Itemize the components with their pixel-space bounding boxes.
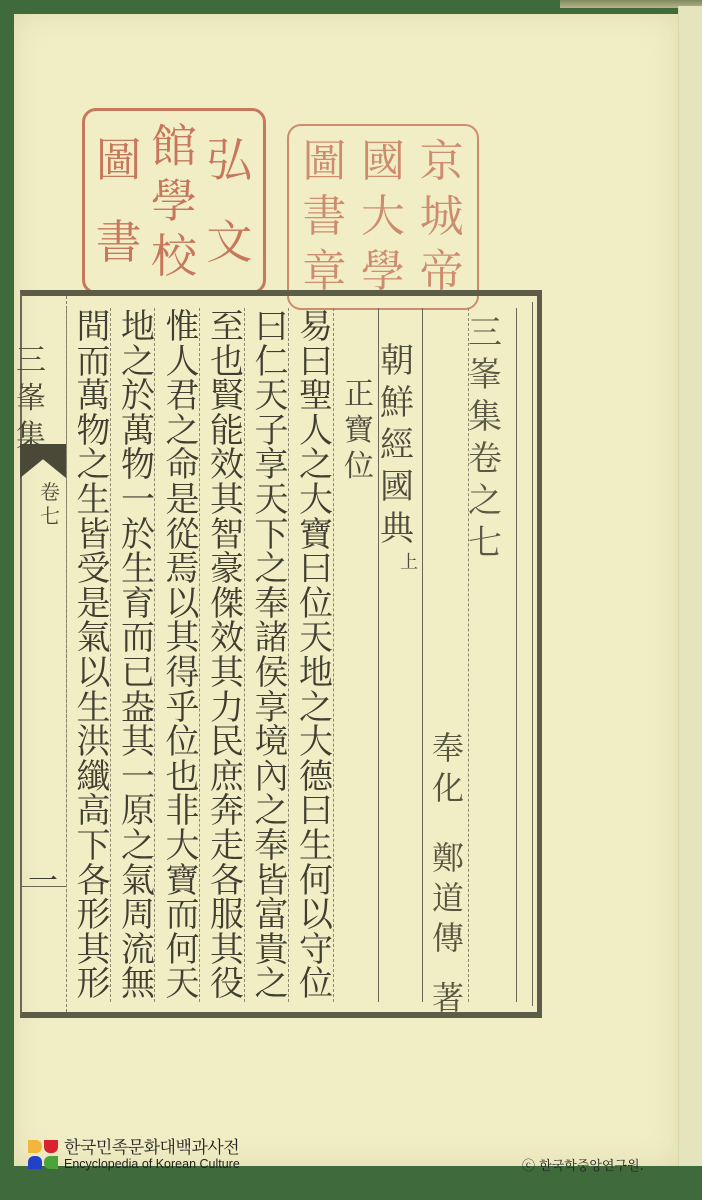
- char: 大: [299, 483, 333, 518]
- char: 以: [299, 898, 333, 933]
- char: 其: [210, 933, 244, 968]
- column-rule: [378, 308, 379, 1002]
- char: 走: [210, 829, 244, 864]
- char: 何: [299, 864, 333, 899]
- char: 鮮: [380, 386, 414, 428]
- char: 大: [299, 725, 333, 760]
- volume-part-marker: 上: [400, 554, 418, 576]
- char: 纖: [77, 760, 111, 795]
- char: 傑: [210, 587, 244, 622]
- char: 之: [121, 829, 155, 864]
- library-seal-left: 弘文館學校圖書: [82, 108, 266, 294]
- char: 無: [121, 967, 155, 1002]
- char: 仁: [255, 345, 289, 380]
- char: 侯: [255, 656, 289, 691]
- char: 境: [255, 725, 289, 760]
- fold-margin-title: 三 峯 集: [16, 346, 46, 460]
- char: 君: [166, 379, 200, 414]
- char: 之: [121, 345, 155, 380]
- char: 流: [121, 933, 155, 968]
- char: 大: [166, 829, 200, 864]
- char: 天: [255, 483, 289, 518]
- char: 子: [255, 414, 289, 449]
- char: 高: [77, 794, 111, 829]
- char: 天: [299, 621, 333, 656]
- logo-korean-text: 한국민족문화대백과사전: [64, 1140, 240, 1158]
- char: 也: [210, 345, 244, 380]
- text-column: 至也賢能效其智豪傑效其力民庶奔走各服其役: [205, 310, 249, 1002]
- char: 於: [121, 518, 155, 553]
- char: 曰: [255, 310, 289, 345]
- column-rule: [66, 308, 67, 1002]
- char: 之: [255, 552, 289, 587]
- char: 傳: [432, 922, 464, 962]
- char: 之: [299, 448, 333, 483]
- seal-char: 書: [302, 195, 346, 239]
- text-column: 曰仁天子享天下之奉諸侯享境內之奉皆富貴之: [250, 310, 294, 1002]
- char: 皆: [77, 518, 111, 553]
- book-title-column: 朝鮮經國典上: [380, 344, 414, 576]
- char: 曰: [299, 345, 333, 380]
- column-rule: [516, 308, 517, 1002]
- char: 之: [299, 691, 333, 726]
- char: 至: [210, 310, 244, 345]
- seal-char: 學: [151, 178, 197, 224]
- char: 而: [121, 621, 155, 656]
- text-column: 惟人君之命是從焉以其得乎位也非大寶而何天: [161, 310, 205, 1002]
- text-column: 地之於萬物一於生育而已盎其一原之氣周流無: [116, 310, 160, 1002]
- char: 正: [344, 380, 374, 416]
- char: 而: [166, 898, 200, 933]
- char: 峯: [468, 358, 502, 400]
- seal-column: 館學校: [151, 119, 197, 283]
- char: 非: [166, 794, 200, 829]
- author-column: 奉化鄭道傳著: [432, 732, 464, 1022]
- library-seal-right: 京城帝國大學圖書章: [287, 124, 479, 310]
- column-rule: [422, 308, 423, 1002]
- char: 原: [121, 794, 155, 829]
- char: 下: [255, 518, 289, 553]
- char: 何: [166, 933, 200, 968]
- page-number: 一: [28, 856, 58, 900]
- char: 人: [299, 414, 333, 449]
- char: 氣: [121, 864, 155, 899]
- char: 智: [210, 518, 244, 553]
- char: 位: [344, 452, 374, 488]
- char: 七: [40, 506, 60, 530]
- char: 之: [468, 484, 502, 526]
- char: 集: [468, 400, 502, 442]
- char: 其: [121, 725, 155, 760]
- char: 氣: [77, 621, 111, 656]
- text-column: 間而萬物之生皆受是氣以生洪纖高下各形其形: [72, 310, 116, 1002]
- char: 貴: [255, 933, 289, 968]
- char: 著: [432, 982, 464, 1022]
- char: 寶: [299, 518, 333, 553]
- char: 奉: [432, 732, 464, 772]
- copyright-notice: ⓒ 한국학중앙연구원.: [522, 1155, 644, 1174]
- char: 生: [77, 483, 111, 518]
- seal-column: 京城帝: [420, 134, 464, 300]
- char: 物: [77, 414, 111, 449]
- char: 也: [166, 760, 200, 795]
- char: 其: [210, 656, 244, 691]
- char: 豪: [210, 552, 244, 587]
- char: 命: [166, 448, 200, 483]
- char: 一: [121, 483, 155, 518]
- char: 守: [299, 933, 333, 968]
- fold-margin-volume: 卷 七: [40, 482, 60, 530]
- char: 周: [121, 898, 155, 933]
- seal-char: 帝: [420, 250, 464, 294]
- logo-english-text: Encyclopedia of Korean Culture: [64, 1158, 240, 1171]
- char: 諸: [255, 621, 289, 656]
- char: 三: [16, 346, 46, 384]
- char: 享: [255, 448, 289, 483]
- char: 位: [166, 725, 200, 760]
- char: 奉: [255, 829, 289, 864]
- char: 間: [77, 310, 111, 345]
- char: 盎: [121, 691, 155, 726]
- char: 育: [121, 587, 155, 622]
- char: 之: [166, 414, 200, 449]
- char: 受: [77, 552, 111, 587]
- char: 奔: [210, 794, 244, 829]
- seal-column: 圖書: [96, 119, 142, 283]
- char: 是: [77, 587, 111, 622]
- page-edge: [678, 6, 702, 1166]
- char: 萬: [121, 414, 155, 449]
- char: 形: [77, 898, 111, 933]
- seal-char: 館: [151, 123, 197, 169]
- encyclopedia-logo[interactable]: 한국민족문화대백과사전 Encyclopedia of Korean Cultu…: [28, 1140, 240, 1171]
- char: 道: [432, 882, 464, 922]
- char: 化: [432, 772, 464, 812]
- seal-char: 圖: [96, 137, 142, 183]
- seal-char: 城: [420, 195, 464, 239]
- seal-char: 國: [361, 140, 405, 184]
- seal-char: 圖: [302, 140, 346, 184]
- char: 地: [299, 656, 333, 691]
- char: 洪: [77, 725, 111, 760]
- char: 效: [210, 621, 244, 656]
- char: 地: [121, 310, 155, 345]
- char: 國: [380, 470, 414, 512]
- char: 卷: [468, 442, 502, 484]
- char: 得: [166, 656, 200, 691]
- char: 之: [255, 794, 289, 829]
- seal-char: 京: [420, 140, 464, 184]
- fold-margin: 三 峯 集 卷 七 一: [22, 296, 67, 1012]
- char: 其: [77, 933, 111, 968]
- char: 奉: [255, 587, 289, 622]
- seal-column: 國大學: [361, 134, 405, 300]
- seal-char: 大: [361, 195, 405, 239]
- char: 內: [255, 760, 289, 795]
- printed-frame: 三 峯 集 卷 七 一 三峯集卷之七 奉化鄭道傳著 朝鮮經國典上 正寶位 易曰聖…: [20, 290, 542, 1018]
- char: 之: [77, 448, 111, 483]
- char: 庶: [210, 760, 244, 795]
- char: 從: [166, 518, 200, 553]
- seal-column: 圖書章: [302, 134, 346, 300]
- char: 已: [121, 656, 155, 691]
- char: 以: [77, 656, 111, 691]
- seal-char: 學: [361, 250, 405, 294]
- char: 力: [210, 691, 244, 726]
- char: 天: [255, 379, 289, 414]
- char: 惟: [166, 310, 200, 345]
- char: 鄭: [432, 842, 464, 882]
- char: 寶: [166, 864, 200, 899]
- char: 一: [121, 760, 155, 795]
- char: 各: [210, 864, 244, 899]
- char: 曰: [299, 794, 333, 829]
- char: 物: [121, 448, 155, 483]
- char: 之: [255, 967, 289, 1002]
- char: 而: [77, 345, 111, 380]
- char: 典: [380, 512, 414, 554]
- char: 易: [299, 310, 333, 345]
- char: 位: [299, 587, 333, 622]
- char: 卷: [40, 482, 60, 506]
- char: 其: [210, 483, 244, 518]
- char: 萬: [77, 379, 111, 414]
- char: 效: [210, 448, 244, 483]
- seal-column: 弘文: [206, 119, 252, 283]
- encyclopedia-logo-icon: [28, 1140, 60, 1170]
- char: 曰: [299, 552, 333, 587]
- char: 位: [299, 967, 333, 1002]
- section-heading-column: 正寶位: [344, 380, 374, 488]
- char: 形: [77, 967, 111, 1002]
- char: 焉: [166, 552, 200, 587]
- char: 於: [121, 379, 155, 414]
- seal-char: 章: [302, 250, 346, 294]
- char: 聖: [299, 379, 333, 414]
- char: 下: [77, 829, 111, 864]
- char: 人: [166, 345, 200, 380]
- text-column: 易曰聖人之大寶曰位天地之大德曰生何以守位: [294, 310, 338, 1002]
- char: 七: [468, 526, 502, 568]
- char: 各: [77, 864, 111, 899]
- char: 能: [210, 414, 244, 449]
- char: 德: [299, 760, 333, 795]
- seal-char: 校: [151, 233, 197, 279]
- char: 生: [121, 552, 155, 587]
- fishtail-mark-icon: [20, 444, 66, 478]
- char: 朝: [380, 344, 414, 386]
- char: 是: [166, 483, 200, 518]
- char: 富: [255, 898, 289, 933]
- char: 寶: [344, 416, 374, 452]
- char: 生: [77, 691, 111, 726]
- char: 民: [210, 725, 244, 760]
- char: 生: [299, 829, 333, 864]
- char: 其: [166, 621, 200, 656]
- char: 享: [255, 691, 289, 726]
- char: 役: [210, 967, 244, 1002]
- char: 以: [166, 587, 200, 622]
- volume-title-column: 三峯集卷之七: [468, 316, 502, 568]
- char: 服: [210, 898, 244, 933]
- char: 乎: [166, 691, 200, 726]
- char: 天: [166, 967, 200, 1002]
- seal-char: 文: [206, 219, 252, 265]
- char: 三: [468, 316, 502, 358]
- char: 皆: [255, 864, 289, 899]
- char: 經: [380, 428, 414, 470]
- char: 峯: [16, 384, 46, 422]
- seal-char: 書: [96, 219, 142, 265]
- char: 賢: [210, 379, 244, 414]
- seal-char: 弘: [206, 137, 252, 183]
